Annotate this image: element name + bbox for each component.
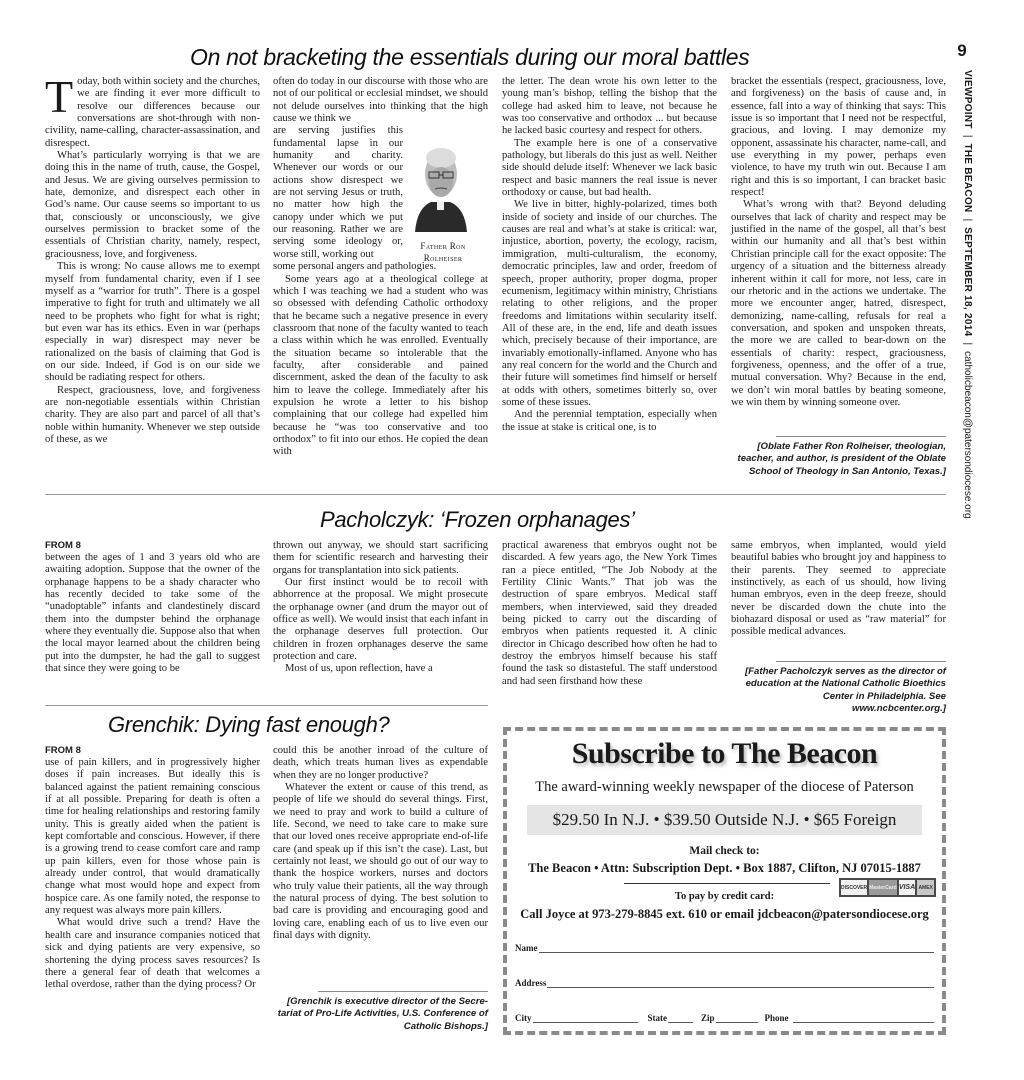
paragraph: We live in bitter, highly-polarized, tim… [502, 199, 717, 409]
article1-column-1: Today, both within society and the churc… [45, 76, 260, 446]
state-field[interactable] [668, 1013, 693, 1023]
bio-divider [776, 661, 946, 662]
author-bio-pacholczyk: [Father Pacholczyk serves as the directo… [735, 666, 946, 716]
article-headline-grenchik: Grenchik: Dying fast enough? [108, 712, 389, 738]
paragraph: could this be another inroad of the cult… [273, 745, 488, 782]
mail-address: The Beacon • Attn: Subscription Dept. • … [507, 861, 942, 876]
article3-column-2: could this be another inroad of the cult… [273, 745, 488, 943]
subscribe-tagline: The award-winning weekly newspaper of th… [507, 779, 942, 796]
phone-field[interactable] [793, 1013, 934, 1023]
paragraph-wrapped: are serving justifies this fundamental l… [273, 125, 403, 261]
publication-name: THE BEACON [962, 143, 973, 212]
mail-label: Mail check to: [507, 845, 942, 857]
article2-column-4: same embryos, when implanted, would yiel… [731, 540, 946, 639]
article2-column-1: FROM 8 between the ages of 1 and 3 years… [45, 540, 260, 675]
paragraph: often do today in our discourse with tho… [273, 76, 488, 125]
credit-card-label: To pay by credit card: [507, 891, 942, 902]
paragraph: Whatever the extent or cause of this tre… [273, 782, 488, 942]
paragraph: practical awareness that embryos ought n… [502, 540, 717, 688]
drop-cap: T [45, 78, 73, 116]
article2-column-2: thrown out anyway, we should start sacri… [273, 540, 488, 676]
paragraph: What’s wrong with that? Beyond deluding … [731, 199, 946, 409]
paragraph: Our first instinct would be to recoil wi… [273, 577, 488, 663]
paragraph: Today, both within society and the churc… [45, 76, 260, 150]
divider [624, 883, 830, 884]
paragraph: the letter. The dean wrote his own lette… [502, 76, 717, 138]
paragraph: bracket the essentials (respect, graciou… [731, 76, 946, 199]
article-headline-pacholczyk: Pacholczyk: ‘Frozen orphanages’ [320, 507, 635, 533]
jump-label: FROM 8 [45, 540, 260, 552]
address-field[interactable]: Address [515, 978, 934, 988]
contact-line: Call Joyce at 973-279-8845 ext. 610 or e… [507, 907, 942, 922]
paragraph: What would drive such a trend? Have the … [45, 917, 260, 991]
paragraph: between the ages of 1 and 3 years old wh… [45, 552, 260, 675]
paragraph: Some years ago at a theological college … [273, 274, 488, 459]
paragraph: same embryos, when implanted, would yiel… [731, 540, 946, 639]
paragraph: thrown out anyway, we should start sacri… [273, 540, 488, 577]
paragraph: Respect, graciousness, love, and forgive… [45, 385, 260, 447]
article1-column-3: the letter. The dean wrote his own lette… [502, 76, 717, 434]
subscribe-coupon: Subscribe to The Beacon The award-winnin… [503, 727, 946, 1035]
article1-column-4: bracket the essentials (respect, graciou… [731, 76, 946, 409]
subscription-prices: $29.50 In N.J. • $39.50 Outside N.J. • $… [527, 805, 922, 835]
article2-column-3: practical awareness that embryos ought n… [502, 540, 717, 688]
paragraph: Most of us, upon reflection, have a [273, 663, 488, 675]
name-field[interactable]: Name [515, 943, 934, 953]
photo-caption: Father Ron Rolheiser [410, 240, 476, 264]
bio-divider [318, 991, 488, 992]
folio-line: VIEWPOINT|THE BEACON|SEPTEMBER 18, 2014|… [962, 70, 973, 519]
contact-email[interactable]: catholicbeacon@patersondiocese.org [962, 351, 973, 518]
paragraph: And the perennial temptation, especially… [502, 409, 717, 434]
page-number: 9 [952, 41, 972, 61]
paragraph: This is wrong: No cause allows me to ex­… [45, 261, 260, 384]
author-photo-rolheiser [413, 134, 468, 232]
bio-divider [776, 436, 946, 437]
author-bio-rolheiser: [Oblate Father Ron Rolheiser, theologian… [735, 441, 946, 478]
city-state-zip-phone-row: City State Zip Phone [515, 1013, 934, 1023]
jump-label: FROM 8 [45, 745, 260, 757]
subscribe-title: Subscribe to The Beacon [507, 737, 942, 771]
author-bio-grenchik: [Grenchik is executive director of the S… [275, 996, 488, 1033]
section-name: VIEWPOINT [962, 70, 973, 129]
city-field[interactable] [533, 1013, 638, 1023]
section-divider [45, 494, 946, 495]
section-divider [45, 705, 488, 706]
issue-date: SEPTEMBER 18, 2014 [962, 227, 973, 336]
paragraph: The example here is one of a conserva­ti… [502, 138, 717, 200]
paragraph: use of pain killers, and in progressivel… [45, 757, 260, 917]
article3-column-1: FROM 8 use of pain killers, and in progr… [45, 745, 260, 992]
paragraph: What’s particularly worrying is that we … [45, 150, 260, 261]
article-headline-rolheiser: On not bracketing the essentials during … [190, 44, 750, 71]
zip-field[interactable] [716, 1013, 758, 1023]
